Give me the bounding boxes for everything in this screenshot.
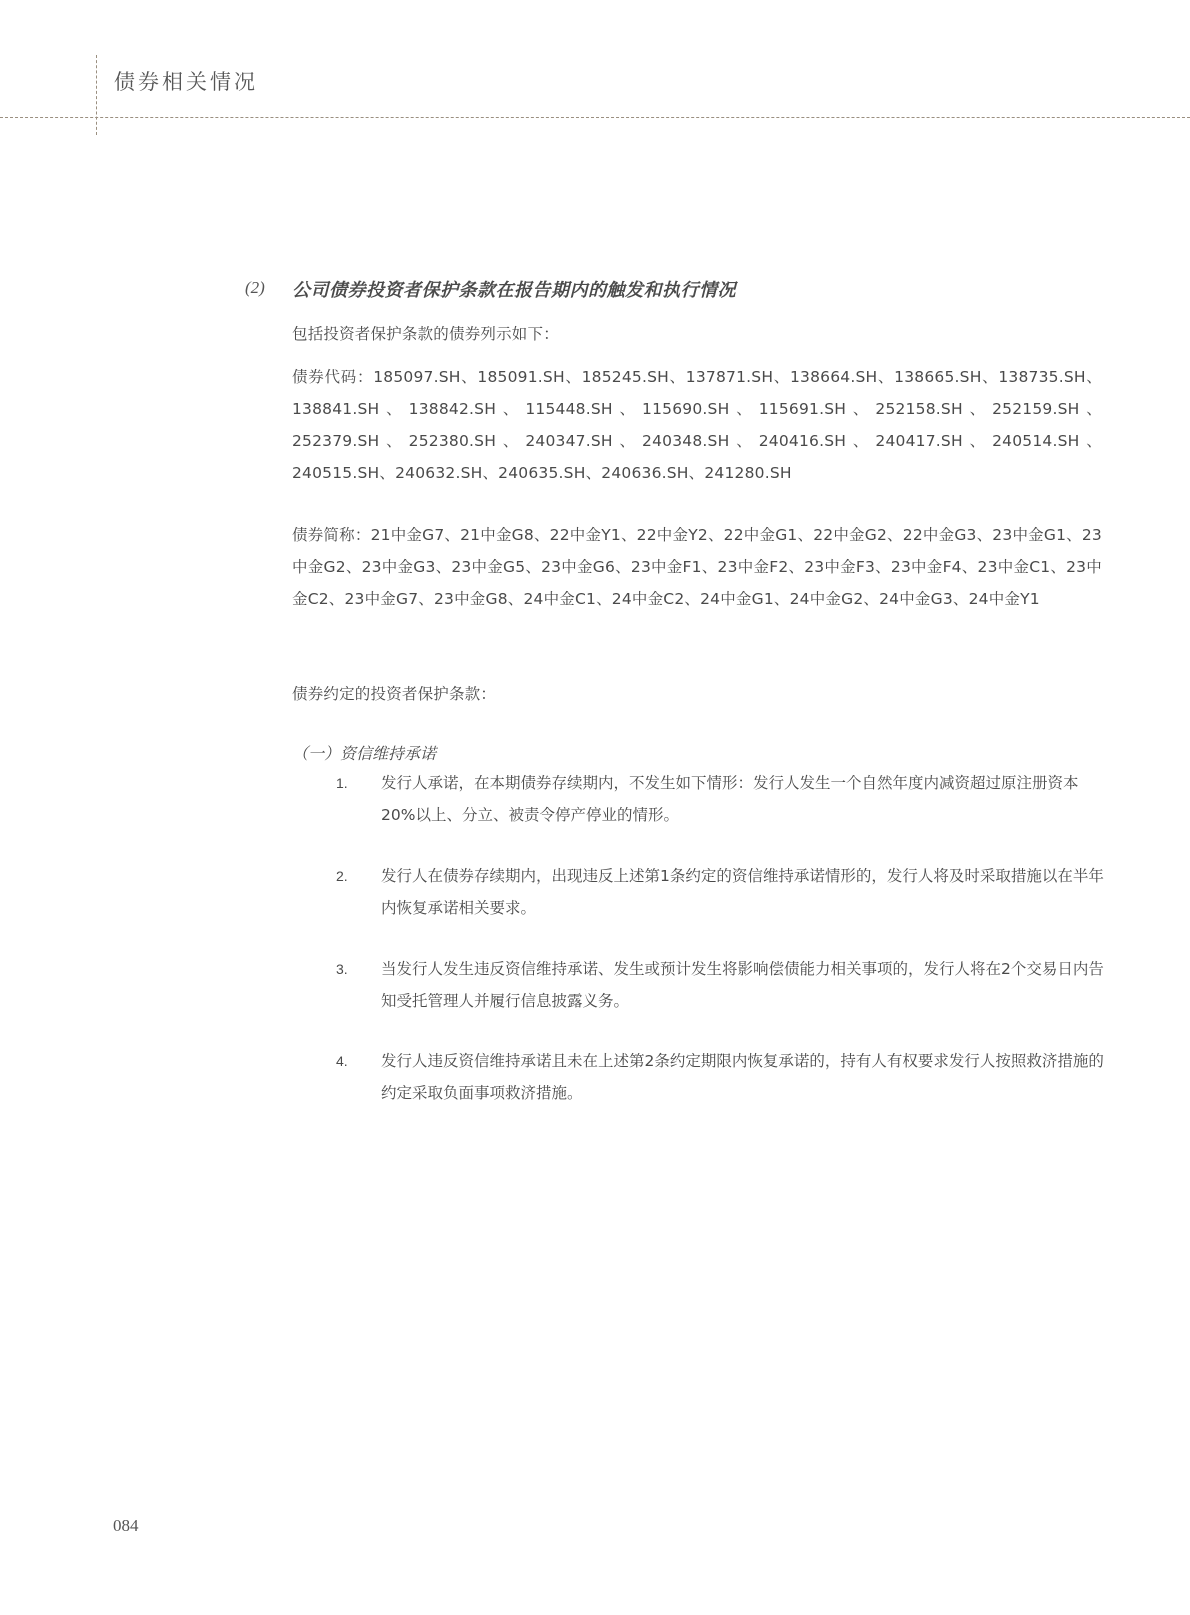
list-item-text: 发行人承诺，在本期债券存续期内，不发生如下情形：发行人发生一个自然年度内减资超过… bbox=[381, 767, 1106, 831]
bond-codes-list: 185097.SH、185091.SH、185245.SH、137871.SH、… bbox=[292, 368, 1102, 482]
list-item-number: 1. bbox=[336, 767, 366, 799]
intro-paragraph: 包括投资者保护条款的债券列示如下： bbox=[292, 318, 1102, 350]
subheading-credit-maintenance: （一）资信维持承诺 bbox=[292, 741, 436, 764]
header-vertical-divider bbox=[96, 55, 97, 135]
list-item-text: 发行人违反资信维持承诺且未在上述第2条约定期限内恢复承诺的，持有人有权要求发行人… bbox=[381, 1045, 1106, 1109]
list-item-text: 当发行人发生违反资信维持承诺、发生或预计发生将影响偿债能力相关事项的，发行人将在… bbox=[381, 953, 1106, 1017]
section-title: 公司债券投资者保护条款在报告期内的触发和执行情况 bbox=[292, 276, 736, 302]
list-item-number: 2. bbox=[336, 860, 366, 892]
running-header-title: 债券相关情况 bbox=[114, 66, 258, 96]
list-item-text: 发行人在债券存续期内，出现违反上述第1条约定的资信维持承诺情形的，发行人将及时采… bbox=[381, 860, 1106, 924]
page-number: 084 bbox=[113, 1516, 139, 1536]
section-number: (2) bbox=[245, 278, 265, 298]
header-horizontal-divider bbox=[0, 117, 1190, 118]
clauses-intro: 债券约定的投资者保护条款： bbox=[292, 678, 1102, 710]
bond-codes-label: 债券代码： bbox=[292, 368, 373, 386]
bond-codes-paragraph: 债券代码：185097.SH、185091.SH、185245.SH、13787… bbox=[292, 361, 1102, 489]
bond-names-paragraph: 债券简称：21中金G7、21中金G8、22中金Y1、22中金Y2、22中金G1、… bbox=[292, 519, 1102, 615]
bond-names-list: 21中金G7、21中金G8、22中金Y1、22中金Y2、22中金G1、22中金G… bbox=[292, 526, 1102, 608]
bond-names-label: 债券简称： bbox=[292, 526, 371, 544]
list-item-number: 3. bbox=[336, 953, 366, 985]
list-item-number: 4. bbox=[336, 1045, 366, 1077]
